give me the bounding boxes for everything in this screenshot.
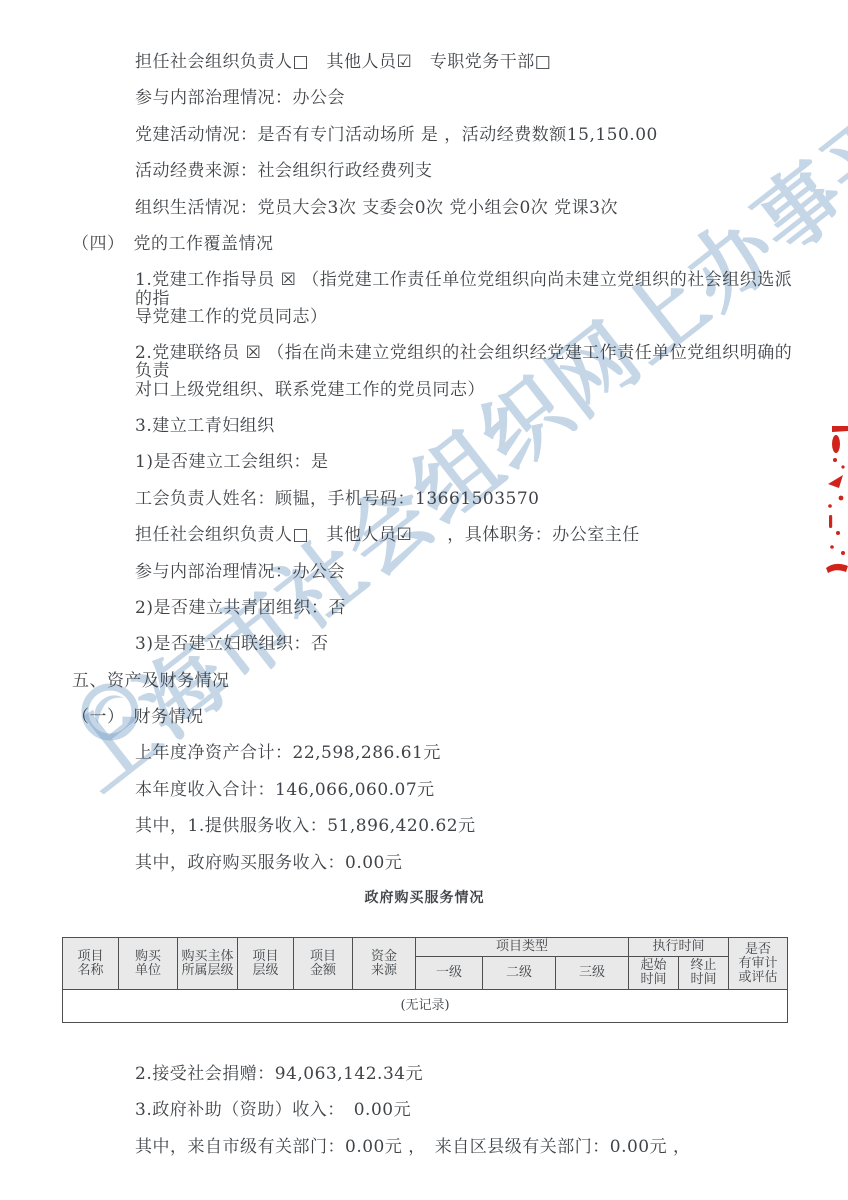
paragraph-line: 担任社会组织负责人□ 其他人员☑ ，具体职务：办公室主任 [135, 526, 808, 544]
paragraph-line: 组织生活情况：党员大会3次 支委会0次 党小组会0次 党课3次 [135, 199, 808, 217]
paragraph-line: 五、资产及财务情况 [72, 672, 808, 690]
col-header-fund-source: 资金 来源 [353, 938, 416, 990]
paragraph-line: 3.建立工青妇组织 [135, 417, 808, 435]
paragraph-line: 3)是否建立妇联组织：否 [135, 635, 808, 653]
paragraph-line: 工会负责人姓名：顾韫，手机号码：13661503570 [135, 490, 808, 508]
paragraph-line: 党建活动情况：是否有专门活动场所 是 ，活动经费数额15,150.00 [135, 126, 808, 144]
document-body: 担任社会组织负责人□ 其他人员☑ 专职党务干部□参与内部治理情况：办公会党建活动… [0, 0, 848, 1174]
paragraph-line: 3.政府补助（资助）收入： 0.00元 [135, 1101, 808, 1119]
col-header-audit: 是否 有审计 或评估 [729, 938, 788, 990]
col-header-project-name: 项目 名称 [63, 938, 119, 990]
paragraph-line: 2.接受社会捐赠：94,063,142.34元 [135, 1065, 808, 1083]
paragraphs-bottom: 2.接受社会捐赠：94,063,142.34元3.政府补助（资助）收入： 0.0… [0, 1065, 848, 1156]
col-group-exec-time: 执行时间 [629, 938, 729, 957]
table-title: 政府购买服务情况 [62, 890, 787, 907]
paragraph-line: 上年度净资产合计：22,598,286.61元 [135, 744, 808, 762]
col-header-level-2: 二级 [483, 957, 556, 990]
paragraph-line: 2.党建联络员 ☒ （指在尚未建立党组织的社会组织经党建工作责任单位党组织明确的… [135, 344, 808, 399]
col-header-buyer-unit: 购买 单位 [119, 938, 178, 990]
paragraph-line: 活动经费来源：社会组织行政经费列支 [135, 162, 808, 180]
col-group-project-type: 项目类型 [416, 938, 629, 957]
col-header-project-amount: 项目 金额 [294, 938, 353, 990]
col-header-level-1: 一级 [416, 957, 483, 990]
paragraph-line: 担任社会组织负责人□ 其他人员☑ 专职党务干部□ [135, 53, 808, 71]
col-header-project-level: 项目 层级 [238, 938, 294, 990]
government-purchase-table: 项目 名称 购买 单位 购买主体 所属层级 项目 层级 项目 金额 资金 来源 … [62, 937, 788, 1023]
table-row: (无记录) [63, 990, 788, 1023]
paragraph-line: 其中，来自市级有关部门：0.00元 ， 来自区县级有关部门：0.00元 ， [135, 1138, 808, 1156]
empty-record-cell: (无记录) [63, 990, 788, 1023]
paragraph-line: 本年度收入合计：146,066,060.07元 [135, 781, 808, 799]
paragraph-line: 2)是否建立共青团组织：否 [135, 599, 808, 617]
paragraph-line: 其中，1.提供服务收入：51,896,420.62元 [135, 817, 808, 835]
paragraph-line: （四） 党的工作覆盖情况 [72, 235, 808, 253]
col-header-end-time: 终止 时间 [679, 957, 729, 990]
paragraph-line: 1.党建工作指导员 ☒ （指党建工作责任单位党组织向尚未建立党组织的社会组织选派… [135, 271, 808, 326]
paragraphs-top: 担任社会组织负责人□ 其他人员☑ 专职党务干部□参与内部治理情况：办公会党建活动… [0, 53, 848, 872]
col-header-start-time: 起始 时间 [629, 957, 679, 990]
paragraph-line: （一） 财务情况 [72, 708, 808, 726]
paragraph-line: 参与内部治理情况：办公会 [135, 89, 808, 107]
paragraph-line: 其中，政府购买服务收入：0.00元 [135, 854, 808, 872]
document-page: 上海市社会组织网上办事平台 担任社会组织负责人□ 其他人员☑ 专职党务干部□参与… [0, 0, 848, 1200]
paragraph-line: 1)是否建立工会组织：是 [135, 453, 808, 471]
paragraph-line: 参与内部治理情况：办公会 [135, 563, 808, 581]
col-header-buyer-level: 购买主体 所属层级 [178, 938, 238, 990]
col-header-level-3: 三级 [556, 957, 629, 990]
